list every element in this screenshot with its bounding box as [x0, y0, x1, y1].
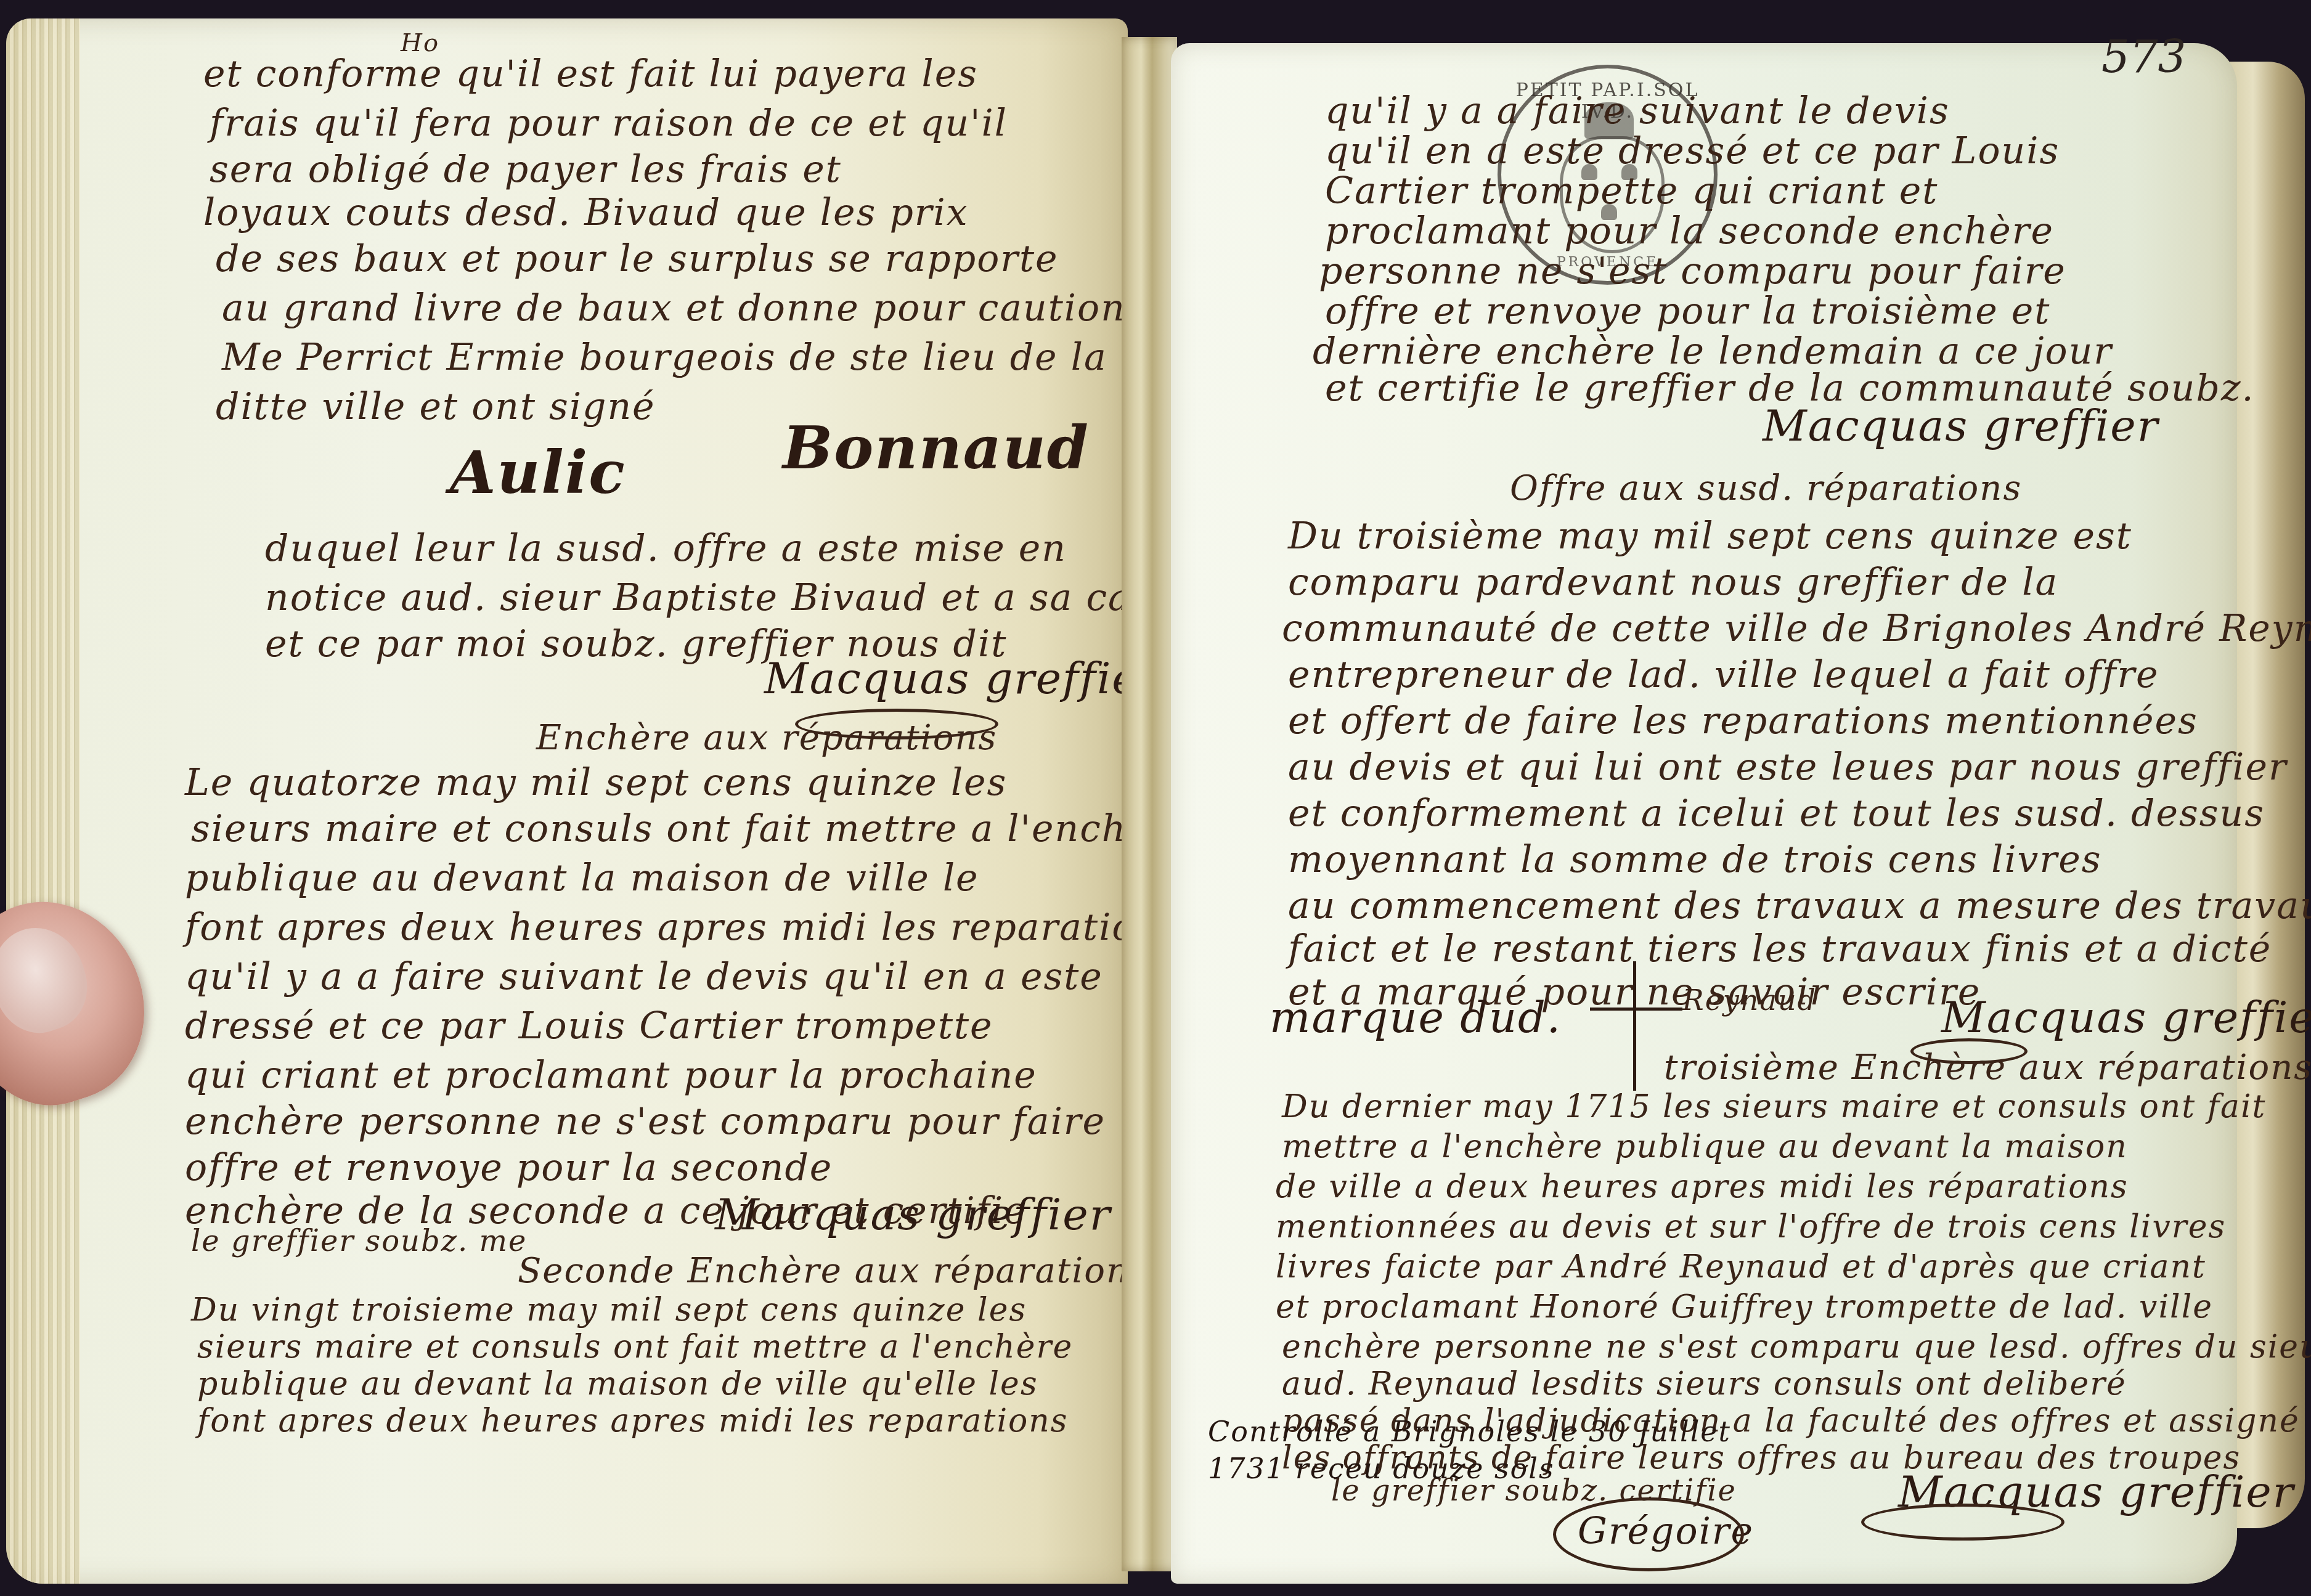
- section-heading: Seconde Enchère aux réparations: [518, 1251, 1128, 1291]
- signature-flourish: [1861, 1504, 2064, 1541]
- section-heading: troisième Enchère aux réparations: [1664, 1048, 2311, 1088]
- text-line: moyennant la somme de trois cens livres: [1288, 841, 2101, 878]
- text-line: publique au devant la maison de ville le: [185, 860, 979, 897]
- signature-macquas: Macquas greffier: [1763, 401, 2159, 451]
- text-line: Me Perrict Ermie bourgeois de ste lieu d…: [222, 339, 1107, 376]
- text-line: et conformement a icelui et tout les sus…: [1288, 795, 2265, 832]
- text-line: offre et renvoye pour la troisième et: [1325, 293, 2050, 330]
- text-line: loyaux couts desd. Bivaud que les prix: [203, 194, 969, 231]
- text-line: qu'il y a a faire suivant le devis: [1325, 92, 1950, 129]
- signature-macquas: Macquas greffier: [715, 1189, 1111, 1240]
- mark-name: Reynaud: [1682, 986, 1817, 1014]
- text-line: au devis et qui lui ont este leues par n…: [1288, 749, 2288, 786]
- cross-mark-icon: [1590, 1008, 1682, 1011]
- text-line: comparu pardevant nous greffier de la: [1288, 564, 2058, 601]
- left-page: Ho et conforme qu'il est fait lui payera…: [6, 18, 1128, 1584]
- text-line: Du dernier may 1715 les sieurs maire et …: [1282, 1091, 2267, 1123]
- text-line: sieurs maire et consuls ont fait mettre …: [197, 1331, 1073, 1363]
- text-line: notice aud. sieur Baptiste Bivaud et a s…: [265, 579, 1128, 616]
- cross-mark-icon: [1633, 961, 1636, 1091]
- text-line: et offert de faire les reparations menti…: [1288, 702, 2198, 739]
- text-line: communauté de cette ville de Brignoles A…: [1282, 610, 2311, 647]
- signature-macquas: Macquas greffier: [1941, 992, 2311, 1043]
- text-line: Le quatorze may mil sept cens quinze les: [185, 764, 1007, 801]
- mark-label: marque dud.: [1270, 992, 1562, 1043]
- page-edges-left: [6, 18, 80, 1584]
- text-line: entrepreneur de lad. ville lequel a fait…: [1288, 656, 2159, 693]
- text-line: qu'il en a este dressé et ce par Louis: [1325, 132, 2060, 169]
- text-line: livres faicte par André Reynaud et d'apr…: [1276, 1251, 2206, 1283]
- text-line: au commencement des travaux a mesure des…: [1288, 887, 2311, 924]
- signature-bonnaud: Bonnaud: [783, 413, 1090, 482]
- marginal-note: Ho: [401, 31, 439, 55]
- text-line: mentionnées au devis et sur l'offre de t…: [1276, 1211, 2226, 1243]
- text-line: frais qu'il fera pour raison de ce et qu…: [210, 105, 1008, 142]
- text-line: ditte ville et ont signé: [216, 388, 656, 425]
- text-line: proclamant pour la seconde enchère: [1325, 213, 2054, 250]
- text-line: dernière enchère le lendemain a ce jour: [1313, 333, 2113, 370]
- text-line: offre et renvoye pour la seconde: [185, 1149, 833, 1186]
- signature-macquas: Macquas greffier: [764, 653, 1128, 704]
- text-line: enchère personne ne s'est comparu que le…: [1282, 1331, 2311, 1363]
- text-line: faict et le restant tiers les travaux fi…: [1288, 930, 2272, 967]
- text-line: font apres deux heures apres midi les re…: [197, 1405, 1069, 1437]
- text-line: aud. Reynaud lesdits sieurs consuls ont …: [1282, 1368, 2127, 1400]
- thumbnail: [0, 916, 99, 1044]
- text-line: sera obligé de payer les frais et: [210, 151, 842, 188]
- text-line: qu'il y a a faire suivant le devis qu'il…: [185, 958, 1103, 995]
- open-register: Ho et conforme qu'il est fait lui payera…: [0, 0, 2311, 1596]
- text-line: dressé et ce par Louis Cartier trompette: [185, 1008, 993, 1044]
- text-line: au grand livre de baux et donne pour cau…: [222, 290, 1126, 327]
- text-line: mettre a l'enchère publique au devant la…: [1282, 1131, 2128, 1163]
- text-line: Du troisième may mil sept cens quinze es…: [1288, 518, 2132, 555]
- section-heading: Enchère aux réparations: [536, 718, 997, 758]
- book-gutter: [1122, 37, 1177, 1571]
- text-line: et proclamant Honoré Guiffrey trompette …: [1276, 1291, 2213, 1323]
- text-line: le greffier soubz. me: [191, 1226, 527, 1256]
- text-line: Du vingt troisieme may mil sept cens qui…: [191, 1294, 1027, 1326]
- control-note-line: Controllé a Brignoles le 30 Juillet: [1208, 1417, 1731, 1446]
- control-note-line: 1731 receu douze sols: [1208, 1454, 1555, 1483]
- text-line: publique au devant la maison de ville qu…: [197, 1368, 1038, 1400]
- text-line: Cartier trompette qui criant et: [1325, 173, 1938, 210]
- text-line: et conforme qu'il est fait lui payera le…: [203, 55, 978, 92]
- signature-aulic: Aulic: [450, 438, 626, 507]
- text-line: de ses baux et pour le surplus se rappor…: [216, 240, 1059, 277]
- text-line: personne ne s'est comparu pour faire: [1319, 253, 2066, 290]
- text-line: sieurs maire et consuls ont fait mettre …: [191, 810, 1128, 847]
- text-line: font apres deux heures apres midi les re…: [185, 909, 1128, 946]
- text-line: duquel leur la susd. offre a este mise e…: [265, 530, 1067, 567]
- signature-flourish: [1553, 1497, 1744, 1571]
- text-line: qui criant et proclamant pour la prochai…: [185, 1057, 1037, 1094]
- text-line: enchère personne ne s'est comparu pour f…: [185, 1103, 1106, 1140]
- folio-number: 573: [2101, 31, 2186, 83]
- section-heading: Offre aux susd. réparations: [1510, 468, 2022, 508]
- text-line: de ville a deux heures apres midi les ré…: [1276, 1171, 2129, 1203]
